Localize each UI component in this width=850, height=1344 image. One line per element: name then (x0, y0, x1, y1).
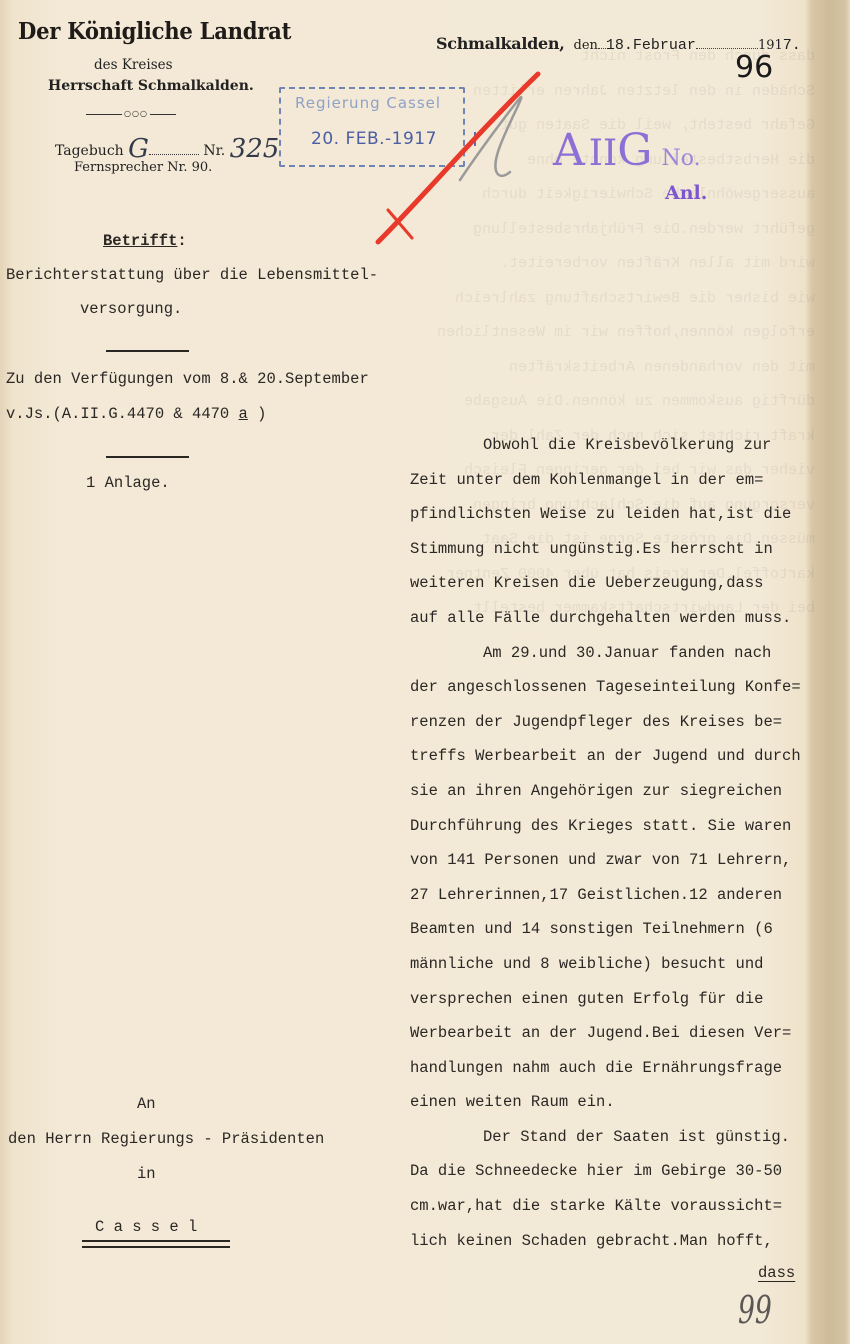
stamp-roman-ii: II (589, 133, 617, 174)
dotted-fill (598, 48, 606, 49)
telephone-number: Fernsprecher Nr. 90. (74, 160, 212, 175)
letterhead-subtitle: des Kreises (94, 57, 173, 73)
colon: : (177, 232, 186, 250)
body-line: renzen der Jugendpfleger des Kreises be= (410, 705, 830, 740)
body-line: handlungen nahm auch die Ernährungsfrage (410, 1051, 830, 1086)
stamp-no-label: No. (661, 146, 700, 171)
addressee-name: den Herrn Regierungs - Präsidenten (8, 1130, 324, 1148)
body-line: Am 29.und 30.Januar fanden nach (410, 636, 830, 671)
body-line: männliche und 8 weibliche) besucht und (410, 947, 830, 982)
nr-label: Nr. (203, 143, 225, 159)
attachments-note: 1 Anlage. (86, 474, 170, 492)
handwritten-page-number: 99 (738, 1288, 772, 1332)
body-line: Obwohl die Kreisbevölkerung zur (410, 428, 830, 463)
body-line: von 141 Personen und zwar von 71 Lehrern… (410, 843, 830, 878)
stamp-letter-g: G (617, 125, 656, 176)
subject-label: Betrifft (103, 232, 177, 250)
body-line: Werbearbeit an der Jugend.Bei diesen Ver… (410, 1016, 830, 1051)
reference-line-1: Zu den Verfügungen vom 8.& 20.September (6, 370, 369, 388)
subject-line-2: versorgung. (80, 300, 182, 318)
diary-label: Tagebuch (55, 143, 124, 159)
letterhead-title: Der Königliche Landrat (18, 18, 291, 45)
body-line: weiteren Kreisen die Ueberzeugung,dass (410, 566, 830, 601)
body-line: lich keinen Schaden gebracht.Man hofft, (410, 1224, 830, 1259)
body-line: versprechen einen guten Erfolg für die (410, 982, 830, 1017)
classification-stamp: AIIG No. (553, 125, 701, 176)
diary-number-handwritten: 325 (230, 134, 280, 164)
city-double-underline (82, 1240, 230, 1248)
stamp-letter-a: A (553, 125, 589, 176)
addressee-in: in (137, 1165, 156, 1183)
body-line: Der Stand der Saaten ist günstig. (410, 1120, 830, 1155)
body-line: cm.war,hat die starke Kälte voraussicht= (410, 1189, 830, 1224)
dotted-fill (149, 154, 199, 155)
attachment-stamp: Anl. (665, 182, 707, 204)
reference-suffix: a (239, 405, 248, 423)
dotted-fill (696, 48, 758, 49)
body-line: der angeschlossenen Tageseinteilung Konf… (410, 670, 830, 705)
addressee-city: C a s s e l (95, 1218, 197, 1236)
red-check-mark-icon (360, 60, 560, 260)
ornament-icon: ○○○ (122, 109, 150, 118)
body-line: auf alle Fälle durchgehalten werden muss… (410, 601, 830, 636)
dateline-den: den (574, 38, 598, 53)
dateline-year-suffix: 7. (783, 37, 801, 54)
body-line: einen weiten Raum ein. (410, 1085, 830, 1120)
section-divider (106, 350, 189, 352)
reference-text: v.Js.(A.II.G.4470 & 4470 (6, 405, 239, 423)
diary-number: Tagebuch G Nr. 325 (55, 132, 279, 162)
body-line: sie an ihren Angehörigen zur siegreichen (410, 774, 830, 809)
addressee-an: An (137, 1095, 156, 1113)
body-line: Beamten und 14 sonstigen Teilnehmern (6 (410, 912, 830, 947)
folio-number: 96 (735, 50, 773, 85)
catchword: dass (758, 1264, 795, 1282)
body-line: Stimmung nicht ungünstig.Es herrscht in (410, 532, 830, 567)
body-line: pfindlichsten Weise zu leiden hat,ist di… (410, 497, 830, 532)
body-line: Zeit unter dem Kohlenmangel in der em= (410, 463, 830, 498)
body-line: treffs Werbearbeit an der Jugend und dur… (410, 739, 830, 774)
body-line: 27 Lehrerinnen,17 Geistlichen.12 anderen (410, 878, 830, 913)
dateline-place: Schmalkalden, (436, 34, 565, 53)
letter-body: Obwohl die Kreisbevölkerung zur Zeit unt… (410, 428, 830, 1258)
reference-close: ) (248, 405, 267, 423)
subject-heading: Betrifft: (103, 232, 187, 250)
dateline-day-month: 18.Februar (606, 37, 696, 54)
letterhead-ornament-divider: ○○○ (86, 114, 176, 115)
subject-line-1: Berichterstattung über die Lebensmittel- (6, 266, 378, 284)
section-divider (106, 456, 189, 458)
letterhead-district: Herrschaft Schmalkalden. (48, 78, 254, 94)
body-line: Durchführung des Krieges statt. Sie ware… (410, 809, 830, 844)
reference-line-2: v.Js.(A.II.G.4470 & 4470 a ) (6, 405, 266, 423)
body-line: Da die Schneedecke hier im Gebirge 30-50 (410, 1154, 830, 1189)
